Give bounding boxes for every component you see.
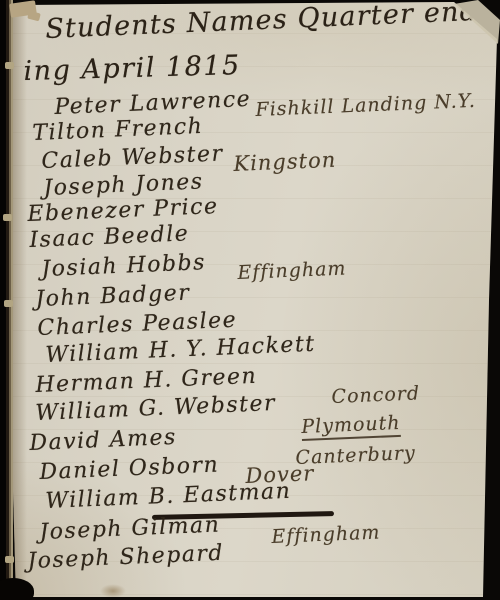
student-name: Daniel Osborn bbox=[39, 452, 220, 485]
binding-stitch bbox=[5, 556, 14, 563]
student-name: Isaac Beedle bbox=[29, 221, 190, 253]
manuscript-page: Students Names Quarter end- ing April 18… bbox=[0, 0, 500, 600]
student-place: Kingston bbox=[233, 148, 337, 176]
student-name: John Badger bbox=[35, 281, 191, 312]
student-place: Effingham bbox=[237, 257, 347, 284]
paper-stain bbox=[100, 584, 126, 598]
binding-stitch bbox=[3, 214, 12, 221]
page-title-line2: ing April 1815 bbox=[23, 50, 241, 87]
student-name: David Ames bbox=[29, 425, 177, 456]
page-left-edge-shadow bbox=[13, 0, 27, 600]
page-title-line1: Students Names Quarter end- bbox=[45, 0, 489, 45]
student-place: Effingham bbox=[271, 521, 381, 548]
binding-stitch bbox=[5, 62, 14, 69]
student-name: Josiah Hobbs bbox=[41, 250, 206, 282]
binding-stitch bbox=[4, 300, 13, 307]
student-name: Joseph Shepard bbox=[27, 541, 225, 574]
student-place: Plymouth bbox=[301, 412, 401, 441]
student-place: Fishkill Landing N.Y. bbox=[255, 90, 476, 121]
student-name: William B. Eastman bbox=[45, 479, 292, 514]
student-name: Joseph Gilman bbox=[39, 512, 221, 545]
student-place: Concord bbox=[331, 382, 420, 408]
